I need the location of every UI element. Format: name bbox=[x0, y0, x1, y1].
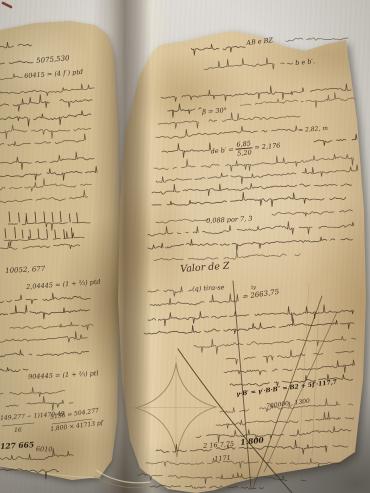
fraction-stack: 6,85 5,20 bbox=[235, 140, 253, 156]
left-fragment-11: 6010 bbox=[36, 446, 53, 453]
left-fragment-7: 16 bbox=[14, 427, 22, 434]
right-fragment-12: 1171 bbox=[214, 455, 231, 463]
manuscript-photo: 5075,530 60415 = (4 f ) ptd 10052, 677 2… bbox=[0, 0, 370, 493]
right-fragment-3: β = 30° bbox=[202, 107, 227, 115]
fraction-denominator: 5,20 bbox=[236, 148, 253, 156]
right-fragment-2: b e b′. bbox=[295, 58, 315, 66]
fraction-result: = 2,176 bbox=[254, 141, 281, 151]
right-fragment-6: (q) tira-se bbox=[192, 284, 225, 292]
fraction-prefix: de b′ = bbox=[210, 145, 234, 155]
left-fragment-10: 127 665 bbox=[0, 441, 34, 450]
